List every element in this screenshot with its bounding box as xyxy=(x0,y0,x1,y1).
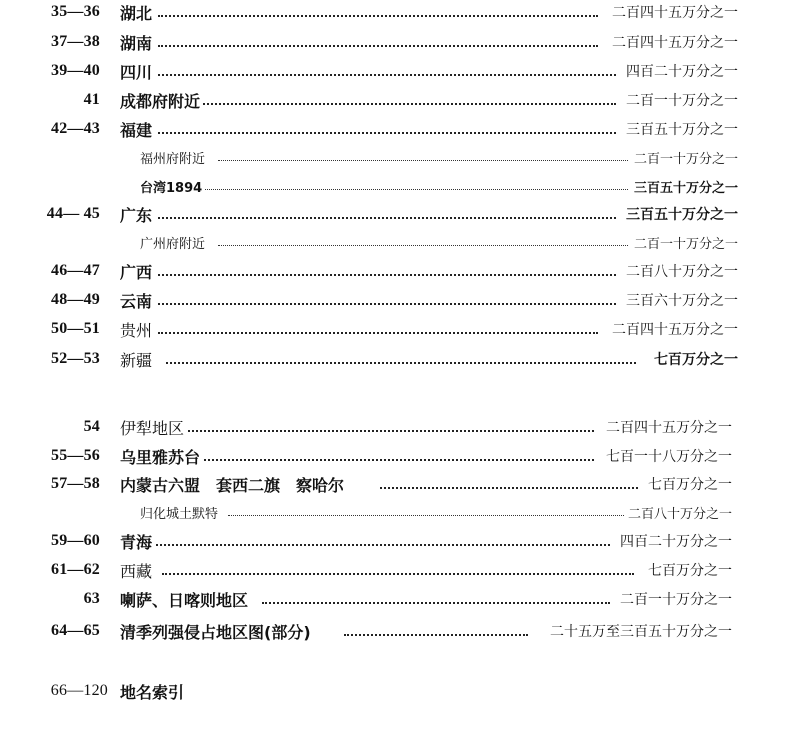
dot-leader xyxy=(158,132,616,134)
dot-leader xyxy=(158,15,598,17)
toc-entry-place-name-index: 66—120 地名索引 xyxy=(0,680,790,702)
toc-entry-sichuan: 39—40 四川 四百二十万分之一 xyxy=(0,60,790,82)
page-range: 57—58 xyxy=(0,475,100,493)
toc-entry-yili: 54 伊犁地区 二百四十五万分之一 xyxy=(0,416,790,438)
page-range: 46—47 xyxy=(0,262,100,280)
map-title: 成都府附近 xyxy=(120,89,202,112)
toc-entry-qinghai: 59—60 青海 四百二十万分之一 xyxy=(0,530,790,552)
map-title: 台湾1894 xyxy=(140,177,204,196)
map-title: 广西 xyxy=(120,260,154,283)
dot-leader xyxy=(218,160,628,161)
page-range: 48—49 xyxy=(0,291,100,309)
page-range: 61—62 xyxy=(0,561,100,579)
toc-entry-fujian: 42—43 福建 三百五十万分之一 xyxy=(0,118,790,140)
map-scale: 七百万分之一 xyxy=(645,474,732,494)
page-range: 63 xyxy=(0,590,100,608)
toc-entry-hubei: 35—36 湖北 二百四十五万分之一 xyxy=(0,1,790,23)
map-scale: 二百四十五万分之一 xyxy=(603,417,732,437)
dot-leader xyxy=(158,217,616,219)
page-range: 35—36 xyxy=(0,3,100,21)
map-scale: 七百万分之一 xyxy=(651,349,738,369)
page-range: 52—53 xyxy=(0,350,100,368)
map-title: 贵州 xyxy=(120,318,154,341)
map-title: 伊犁地区 xyxy=(120,416,186,439)
dot-leader xyxy=(158,274,616,276)
dot-leader xyxy=(188,430,594,432)
map-scale: 二十五万至三百五十万分之一 xyxy=(547,621,732,641)
map-title: 广东 xyxy=(120,203,154,226)
toc-entry-tibet: 61—62 西藏 七百万分之一 xyxy=(0,559,790,581)
toc-entry-guangzhou: 广州府附近 二百一十万分之一 xyxy=(0,231,790,253)
dot-leader xyxy=(156,544,610,546)
map-title: 湖北 xyxy=(120,1,154,24)
map-scale: 二百四十五万分之一 xyxy=(609,32,738,52)
map-title: 青海 xyxy=(120,530,154,553)
map-scale: 三百五十万分之一 xyxy=(631,177,738,196)
map-scale: 四百二十万分之一 xyxy=(623,61,738,81)
page-range: 54 xyxy=(0,418,100,436)
dot-leader xyxy=(166,362,636,364)
map-scale: 二百一十万分之一 xyxy=(631,148,738,167)
page-range: 41 xyxy=(0,91,100,109)
toc-entry-taiwan: 台湾1894 三百五十万分之一 xyxy=(0,175,790,197)
toc-entry-guizhou: 50—51 贵州 二百四十五万分之一 xyxy=(0,318,790,340)
map-title: 广州府附近 xyxy=(140,233,207,252)
dot-leader xyxy=(162,573,634,575)
dot-leader xyxy=(158,332,598,334)
map-scale: 二百一十万分之一 xyxy=(617,589,732,609)
page-range: 37—38 xyxy=(0,33,100,51)
map-title: 喇萨、日喀则地区 xyxy=(120,588,250,611)
map-scale: 三百五十万分之一 xyxy=(623,204,738,224)
page-range: 55—56 xyxy=(0,447,100,465)
map-scale: 三百五十万分之一 xyxy=(623,119,738,139)
map-scale: 二百八十万分之一 xyxy=(623,261,738,281)
dot-leader xyxy=(204,459,594,461)
toc-entry-uliastai: 55—56 乌里雅苏台 七百一十八万分之一 xyxy=(0,445,790,467)
toc-entry-guangxi: 46—47 广西 二百八十万分之一 xyxy=(0,260,790,282)
map-title: 清季列强侵占地区图(部分) xyxy=(120,620,313,643)
page-range: 64—65 xyxy=(0,622,100,640)
map-title: 福州府附近 xyxy=(140,148,207,167)
map-title: 西藏 xyxy=(120,559,154,582)
toc-entry-guihua: 归化城土默特 二百八十万分之一 xyxy=(0,501,790,523)
toc-entry-chengdu: 41 成都府附近 二百一十万分之一 xyxy=(0,89,790,111)
toc-entry-inner-mongolia: 57—58 内蒙古六盟 套西二旗 察哈尔 七百万分之一 xyxy=(0,473,790,495)
dot-leader xyxy=(158,74,616,76)
page-range: 44— 45 xyxy=(0,205,100,223)
map-scale: 七百一十八万分之一 xyxy=(603,446,732,466)
map-title: 云南 xyxy=(120,289,154,312)
map-scale: 四百二十万分之一 xyxy=(617,531,732,551)
page-range: 39—40 xyxy=(0,62,100,80)
map-scale: 二百一十万分之一 xyxy=(623,90,738,110)
dot-leader xyxy=(228,515,624,516)
map-title: 四川 xyxy=(120,60,154,83)
dot-leader xyxy=(262,602,610,604)
dot-leader xyxy=(158,45,598,47)
map-title: 归化城土默特 xyxy=(140,503,220,522)
map-scale: 二百八十万分之一 xyxy=(625,503,732,522)
page-range: 50—51 xyxy=(0,320,100,338)
page-range: 59—60 xyxy=(0,532,100,550)
dot-leader xyxy=(200,103,616,105)
map-title: 内蒙古六盟 套西二旗 察哈尔 xyxy=(120,473,346,496)
toc-entry-yunnan: 48—49 云南 三百六十万分之一 xyxy=(0,289,790,311)
dot-leader xyxy=(158,303,616,305)
map-title: 乌里雅苏台 xyxy=(120,445,202,468)
toc-entry-lhasa: 63 喇萨、日喀则地区 二百一十万分之一 xyxy=(0,588,790,610)
toc-entry-foreign-occupied: 64—65 清季列强侵占地区图(部分) 二十五万至三百五十万分之一 xyxy=(0,620,790,642)
toc-entry-hunan: 37—38 湖南 二百四十五万分之一 xyxy=(0,31,790,53)
page-range: 42—43 xyxy=(0,120,100,138)
page-range: 66—120 xyxy=(0,682,108,700)
map-title: 福建 xyxy=(120,118,154,141)
toc-entry-xinjiang: 52—53 新疆 七百万分之一 xyxy=(0,348,790,370)
map-scale: 二百一十万分之一 xyxy=(631,233,738,252)
toc-entry-fuzhou: 福州府附近 二百一十万分之一 xyxy=(0,146,790,168)
map-title: 新疆 xyxy=(120,348,154,371)
dot-leader xyxy=(344,634,528,636)
index-title: 地名索引 xyxy=(120,680,186,703)
dot-leader xyxy=(218,245,628,246)
map-scale: 二百四十五万分之一 xyxy=(609,319,738,339)
map-scale: 三百六十万分之一 xyxy=(623,290,738,310)
dot-leader xyxy=(202,189,628,190)
toc-entry-guangdong: 44— 45 广东 三百五十万分之一 xyxy=(0,203,790,225)
map-scale: 二百四十五万分之一 xyxy=(609,2,738,22)
dot-leader xyxy=(380,487,638,489)
map-scale: 七百万分之一 xyxy=(645,560,732,580)
map-title: 湖南 xyxy=(120,31,154,54)
